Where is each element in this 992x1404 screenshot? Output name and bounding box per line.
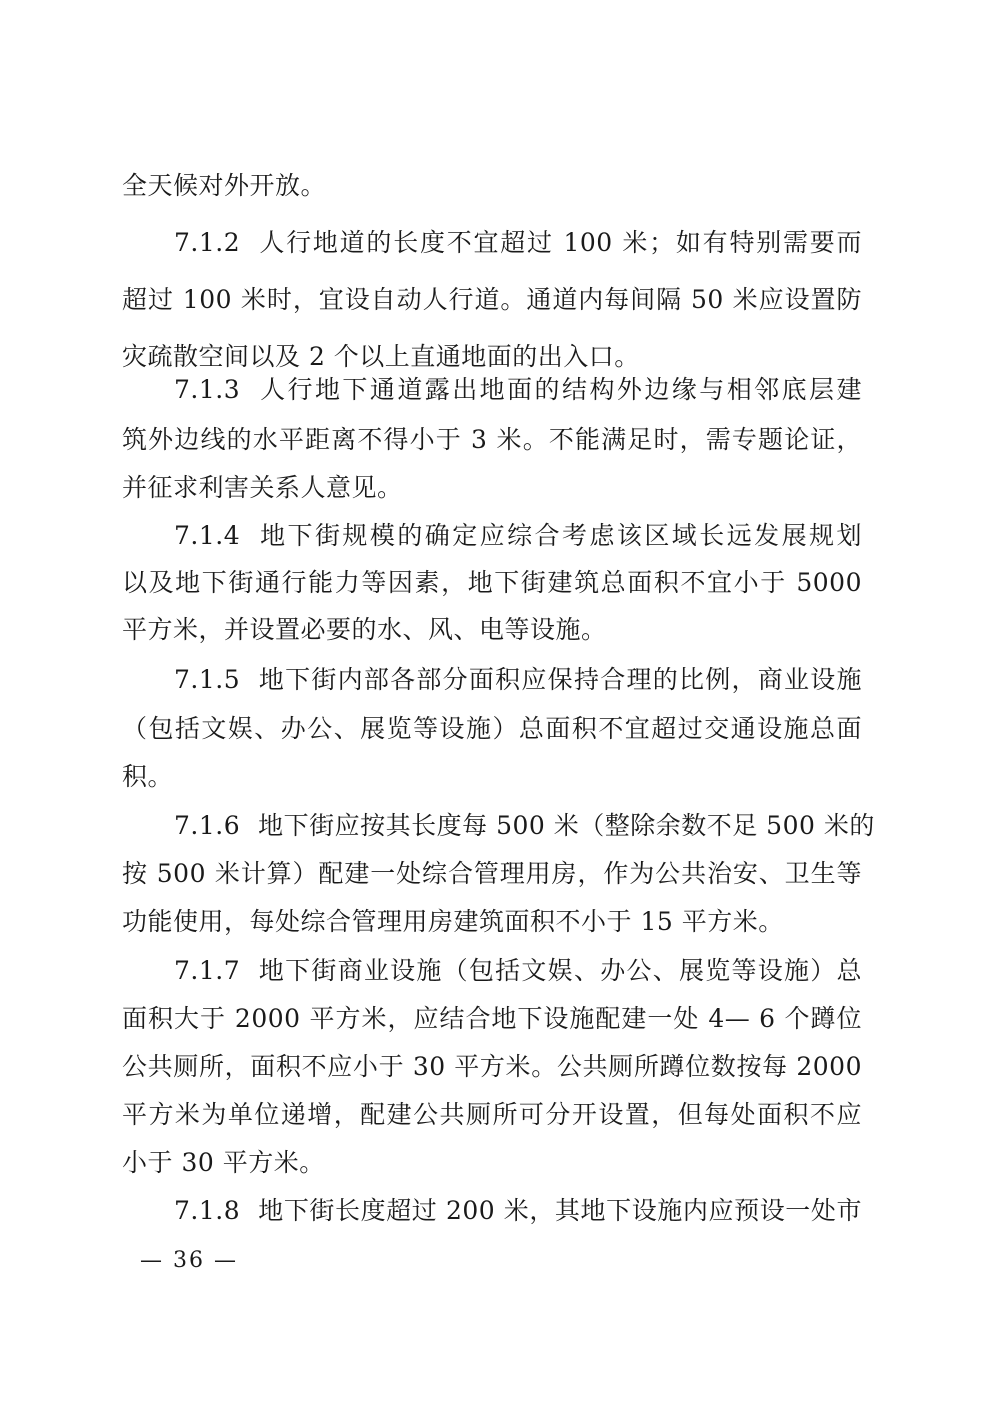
text-line: 功能使用，每处综合管理用房建筑面积不小于 15 平方米。 xyxy=(122,906,862,938)
text-line: 小于 30 平方米。 xyxy=(122,1147,862,1179)
clause-7-1-8: 7.1.8地下街长度超过 200 米，其地下设施内应预设一处市 xyxy=(174,1195,862,1227)
clause-number: 7.1.6 xyxy=(174,810,240,842)
clause-number: 7.1.2 xyxy=(174,227,240,259)
text-line: 灾疏散空间以及 2 个以上直通地面的出入口。 xyxy=(122,341,862,373)
text-line: 面积大于 2000 平方米，应结合地下设施配建一处 4— 6 个蹲位 xyxy=(122,1003,862,1035)
text-line: （包括文娱、办公、展览等设施）总面积不宜超过交通设施总面 xyxy=(122,713,862,745)
clause-number: 7.1.4 xyxy=(174,520,240,552)
clause-7-1-6: 7.1.6地下街应按其长度每 500 米（整除余数不足 500 米的 xyxy=(174,810,862,842)
clause-number: 7.1.3 xyxy=(174,374,240,406)
text-line: 筑外边线的水平距离不得小于 3 米。不能满足时，需专题论证， xyxy=(122,424,862,456)
clause-7-1-3: 7.1.3人行地下通道露出地面的结构外边缘与相邻底层建 xyxy=(174,374,862,406)
text-line: 按 500 米计算）配建一处综合管理用房，作为公共治安、卫生等 xyxy=(122,858,862,890)
clause-number: 7.1.7 xyxy=(174,955,240,987)
clause-7-1-5: 7.1.5地下街内部各部分面积应保持合理的比例，商业设施 xyxy=(174,664,862,696)
text-line: 全天候对外开放。 xyxy=(122,170,862,202)
clause-number: 7.1.5 xyxy=(174,664,240,696)
clause-7-1-4: 7.1.4地下街规模的确定应综合考虑该区域长远发展规划 xyxy=(174,520,862,552)
clause-number: 7.1.8 xyxy=(174,1195,240,1227)
text-line: 平方米为单位递增，配建公共厕所可分开设置，但每处面积不应 xyxy=(122,1099,862,1131)
text-line: 超过 100 米时，宜设自动人行道。通道内每间隔 50 米应设置防 xyxy=(122,284,862,316)
text-line: 以及地下街通行能力等因素，地下街建筑总面积不宜小于 5000 xyxy=(122,567,862,599)
clause-7-1-7: 7.1.7地下街商业设施（包括文娱、办公、展览等设施）总 xyxy=(174,955,862,987)
clause-7-1-2: 7.1.2人行地道的长度不宜超过 100 米；如有特别需要而 xyxy=(174,227,862,259)
text-line: 公共厕所，面积不应小于 30 平方米。公共厕所蹲位数按每 2000 xyxy=(122,1051,862,1083)
text-line: 并征求利害关系人意见。 xyxy=(122,472,862,504)
text-line: 积。 xyxy=(122,761,862,793)
text-line: 平方米，并设置必要的水、风、电等设施。 xyxy=(122,614,862,646)
page-number: — 36 — xyxy=(140,1248,238,1273)
